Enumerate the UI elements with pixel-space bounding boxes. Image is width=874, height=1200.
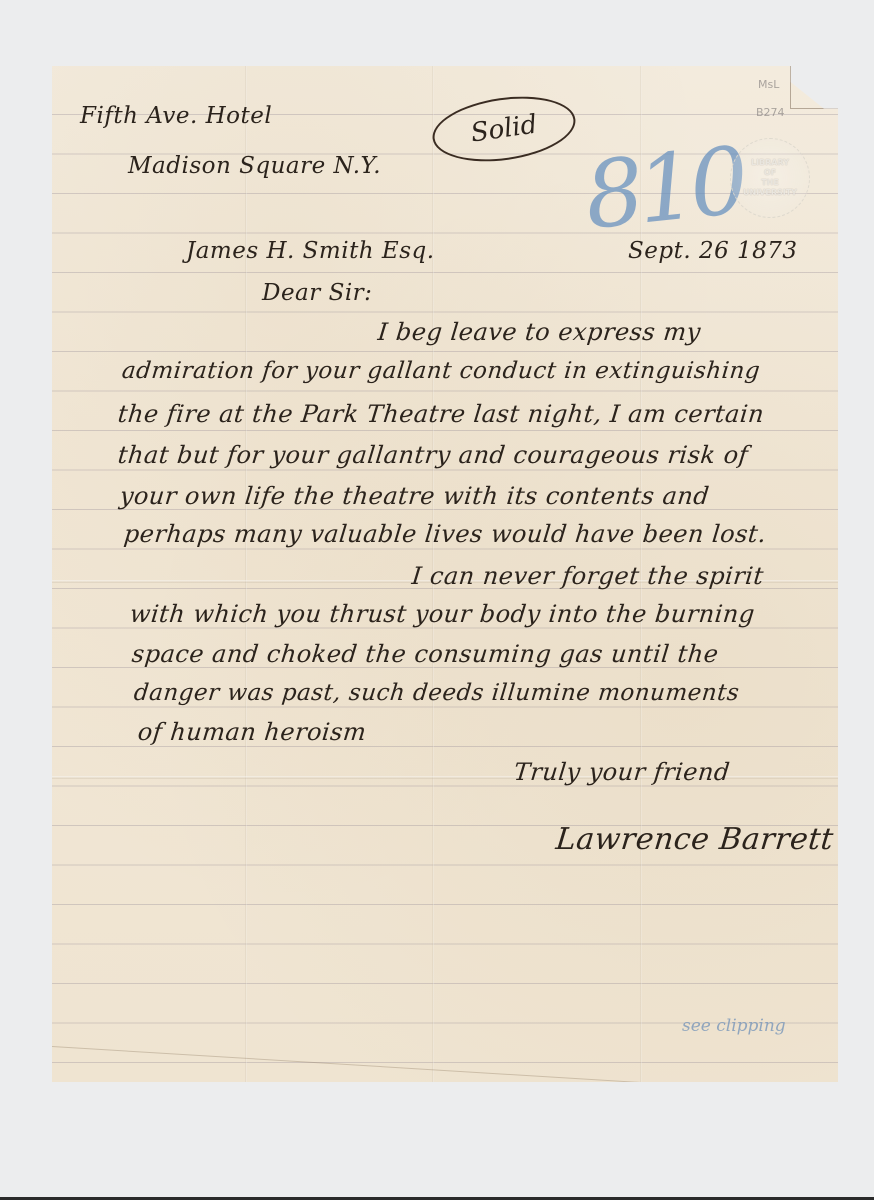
salutation: Dear Sir: [262,280,372,306]
archive-mark-msl: MsL [758,78,779,91]
body-line-11: of human heroism [137,718,368,746]
see-clipping-note: see clipping [682,1016,786,1036]
body-line-10: danger was past, such deeds illumine mon… [133,680,741,706]
blue-pencil-number: 810 [580,127,748,250]
body-line-6: perhaps many valuable lives would have b… [123,520,768,548]
closing: Truly your friend [513,758,732,786]
archive-mark-number: B274 [756,106,785,119]
body-line-9: space and choked the consuming gas until… [131,640,720,668]
body-line-3: the fire at the Park Theatre last night,… [117,400,766,428]
sender-address-line1: Fifth Ave. Hotel [80,103,272,129]
stamp-line: THE [761,178,779,188]
stamp-line: OF [764,168,776,178]
letter-date: Sept. 26 1873 [628,238,798,264]
sender-address-line2: Madison Square N.Y. [128,153,381,179]
body-line-1: I beg leave to express my [377,318,703,346]
stamp-line: LIBRARY [751,158,789,168]
signature: Lawrence Barrett [554,822,835,857]
folded-corner [790,66,838,109]
body-line-5: your own life the theatre with its conte… [119,482,711,510]
body-line-7: I can never forget the spirit [411,562,766,590]
body-line-8: with which you thrust your body into the… [129,600,757,628]
stamp-line: UNIVERSITY [743,188,797,198]
library-emboss-stamp: LIBRARY OF THE UNIVERSITY [730,138,810,218]
solid-text: Solid [469,110,539,149]
body-line-2: admiration for your gallant conduct in e… [121,358,762,384]
recipient-name: James H. Smith Esq. [186,238,435,264]
body-line-4: that but for your gallantry and courageo… [117,441,750,469]
vertical-fold-1 [245,66,247,1082]
